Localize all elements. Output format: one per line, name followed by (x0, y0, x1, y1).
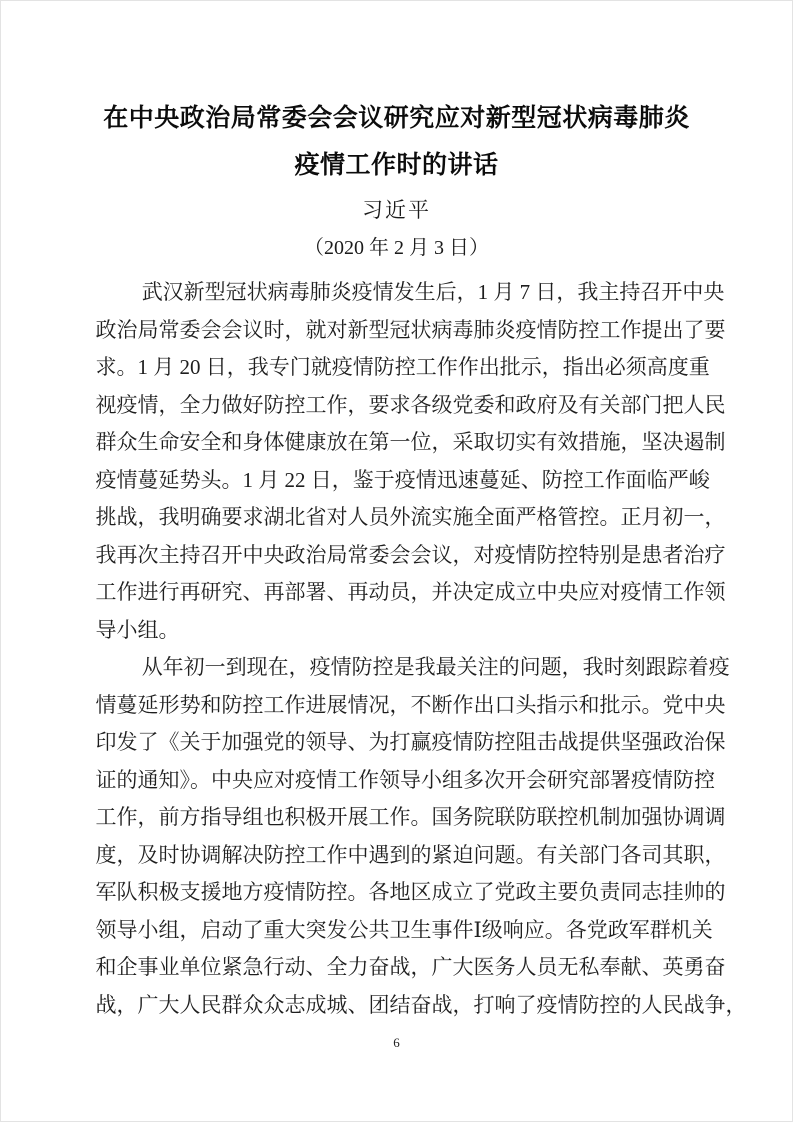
body-line: 视疫情，全力做好防控工作，要求各级党委和政府及有关部门把人民 (96, 387, 698, 425)
body-line: 疫情蔓延势头。1 月 22 日，鉴于疫情迅速蔓延、防控工作面临严峻 (96, 462, 698, 500)
body-line: 证的通知》。中央应对疫情工作领导小组多次开会研究部署疫情防控 (96, 762, 698, 800)
document-page: 在中央政治局常委会会议研究应对新型冠状病毒肺炎 疫情工作时的讲话 习近平 （20… (0, 0, 793, 1122)
author-name: 习近平 (96, 195, 698, 225)
paragraph: 武汉新型冠状病毒肺炎疫情发生后，1 月 7 日，我主持召开中央 政治局常委会会议… (96, 274, 698, 649)
body-line: 领导小组，启动了重大突发公共卫生事件Ⅰ级响应。各党政军群机关 (96, 912, 698, 950)
body-line: 度，及时协调解决防控工作中遇到的紧迫问题。有关部门各司其职， (96, 837, 698, 875)
document-title-line1: 在中央政治局常委会会议研究应对新型冠状病毒肺炎 (96, 95, 698, 142)
body-line: 武汉新型冠状病毒肺炎疫情发生后，1 月 7 日，我主持召开中央 (96, 274, 698, 312)
body-line: 工作，前方指导组也积极开展工作。国务院联防联控机制加强协调调 (96, 799, 698, 837)
body-line: 战，广大人民群众众志成城、团结奋战，打响了疫情防控的人民战争， (96, 987, 698, 1025)
paragraph: 从年初一到现在，疫情防控是我最关注的问题，我时刻跟踪着疫 情蔓延形势和防控工作进… (96, 649, 698, 1024)
document-title: 在中央政治局常委会会议研究应对新型冠状病毒肺炎 疫情工作时的讲话 (96, 1, 698, 189)
body-line: 从年初一到现在，疫情防控是我最关注的问题，我时刻跟踪着疫 (96, 649, 698, 687)
body-line: 我再次主持召开中央政治局常委会会议，对疫情防控特别是患者治疗 (96, 537, 698, 575)
body-line: 群众生命安全和身体健康放在第一位，采取切实有效措施，坚决遏制 (96, 424, 698, 462)
document-date: （2020 年 2 月 3 日） (96, 233, 698, 263)
body-line: 和企事业单位紧急行动、全力奋战，广大医务人员无私奉献、英勇奋 (96, 949, 698, 987)
body-line: 军队积极支援地方疫情防控。各地区成立了党政主要负责同志挂帅的 (96, 874, 698, 912)
page-number: 6 (96, 1034, 698, 1052)
body-line: 求。1 月 20 日，我专门就疫情防控工作作出批示，指出必须高度重 (96, 349, 698, 387)
body-line: 工作进行再研究、再部署、再动员，并决定成立中央应对疫情工作领 (96, 574, 698, 612)
document-content: 在中央政治局常委会会议研究应对新型冠状病毒肺炎 疫情工作时的讲话 习近平 （20… (96, 1, 698, 1052)
body-line: 挑战，我明确要求湖北省对人员外流实施全面严格管控。正月初一， (96, 499, 698, 537)
document-body: 武汉新型冠状病毒肺炎疫情发生后，1 月 7 日，我主持召开中央 政治局常委会会议… (96, 274, 698, 1024)
body-line: 情蔓延形势和防控工作进展情况，不断作出口头指示和批示。党中央 (96, 687, 698, 725)
body-line: 印发了《关于加强党的领导、为打赢疫情防控阻击战提供坚强政治保 (96, 724, 698, 762)
document-title-line2: 疫情工作时的讲话 (96, 142, 698, 189)
body-line: 导小组。 (96, 612, 698, 650)
body-line: 政治局常委会会议时，就对新型冠状病毒肺炎疫情防控工作提出了要 (96, 312, 698, 350)
